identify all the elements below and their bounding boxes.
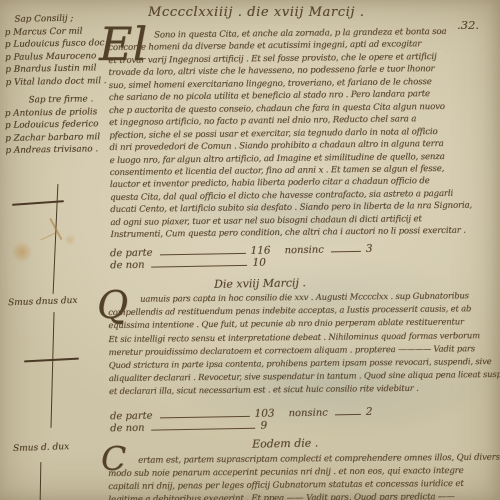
entry2-text-block: uamuis pars capta in hoc consilio die xx… bbox=[108, 289, 500, 399]
manuscript-page: Mcccclxxiiij . die xviij Marcij . .32. S… bbox=[0, 0, 500, 500]
tally-line bbox=[160, 252, 246, 255]
tally-line bbox=[335, 413, 361, 414]
margin-name: p Vital lando doct mil . bbox=[5, 75, 106, 89]
cross-icon bbox=[0, 180, 90, 300]
page-header-date: Mcccclxxiiij . die xviij Marcij . bbox=[148, 5, 364, 20]
duke-signature-note: Smus dnus dux bbox=[8, 296, 78, 308]
margin-name: p Andreas trivisano . bbox=[5, 144, 100, 158]
tally-line bbox=[160, 415, 250, 418]
vote-value: 3 bbox=[366, 243, 373, 255]
cross-icon bbox=[0, 462, 90, 500]
vote-tally: de parte 116 nonsinc 3 de non 10 bbox=[110, 243, 373, 272]
tally-line bbox=[331, 250, 361, 252]
cross-vertical-stroke bbox=[50, 312, 54, 428]
vote-value: 103 bbox=[254, 407, 274, 419]
margin-heading-sapientes-terre-firme: Sap tre firme . bbox=[28, 93, 99, 107]
vote-label: nonsinc bbox=[284, 245, 323, 257]
entry3-text-block: ertam est, partem suprascriptam complect… bbox=[108, 452, 500, 500]
vote-label: de parte bbox=[110, 248, 153, 260]
entry3-date-heading: Eodem die . bbox=[252, 436, 318, 450]
vote-value: 2 bbox=[366, 406, 373, 418]
duke-signature-note: Smus d. dux bbox=[13, 442, 69, 454]
vote-label: de parte bbox=[110, 411, 153, 423]
vote-tally: de parte 103 nonsinc 2 de non 9 bbox=[110, 406, 373, 435]
margin-list-sapientes-consilii: Sap Consilij ; p Marcus Cor mil p Ludoui… bbox=[4, 12, 106, 89]
margin-list-sapientes-terre-firme: Sap tre firme . p Antonius de priolis p … bbox=[4, 93, 100, 158]
cross-icon bbox=[0, 312, 90, 432]
vote-label: nonsinc bbox=[288, 407, 327, 419]
tally-line bbox=[152, 427, 256, 430]
vote-value: 9 bbox=[260, 420, 267, 432]
vote-value: 116 bbox=[250, 244, 270, 256]
cross-vertical-stroke bbox=[40, 462, 42, 500]
vote-label: de non bbox=[110, 423, 145, 435]
tally-line bbox=[152, 264, 248, 267]
entry1-text-block: Sono in questa Cita, et anche ala zornad… bbox=[108, 25, 500, 241]
entry2-date-heading: Die xviij Marcij . bbox=[214, 276, 306, 291]
vote-label: de non bbox=[110, 260, 145, 272]
vote-value: 10 bbox=[252, 257, 266, 269]
manuscript-line: et declarari illa, sicut necessarium est… bbox=[109, 381, 500, 398]
